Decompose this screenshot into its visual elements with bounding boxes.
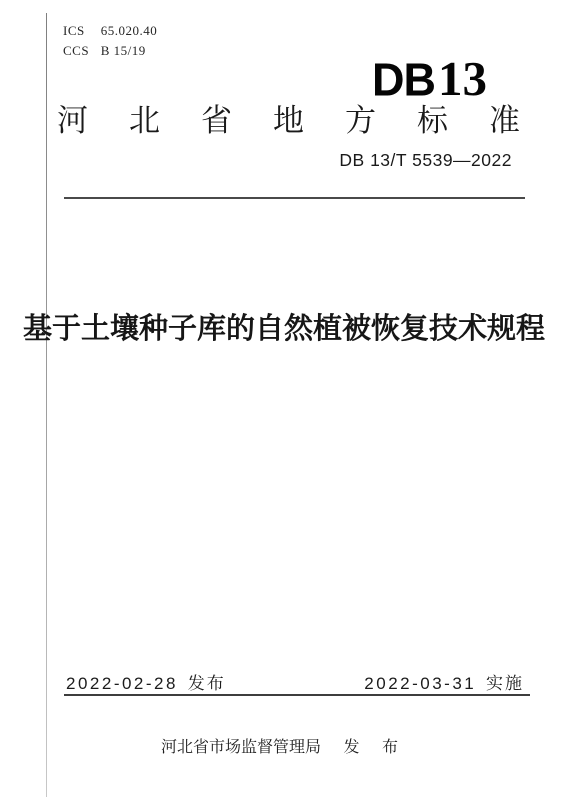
classification-codes: ICS 65.020.40 CCS B 15/19 (63, 21, 157, 61)
ics-code-row: ICS 65.020.40 (63, 21, 157, 41)
standard-title: 基于土壤种子库的自然植被恢复技术规程 (20, 306, 548, 347)
standard-type-heading: 河北省地方标准 (57, 104, 520, 138)
db13-logo: DB13 (372, 54, 487, 103)
ics-value: 65.020.40 (101, 21, 158, 41)
ics-label: ICS (63, 21, 97, 41)
db13-logo-prefix: DB (372, 56, 435, 103)
footer-divider-line (64, 694, 530, 696)
ccs-label: CCS (63, 41, 97, 61)
header-divider-line (64, 197, 525, 199)
ccs-value: B 15/19 (101, 41, 146, 61)
standard-document-number: DB 13/T 5539—2022 (339, 150, 512, 171)
page-edge-scan-line (46, 13, 47, 797)
publish-action-label: 发 布 (344, 739, 407, 756)
publisher-name: 河北省市场监督管理局 (161, 739, 321, 756)
standard-cover-page: ICS 65.020.40 CCS B 15/19 DB13 河北省地方标准 D… (0, 0, 568, 800)
issue-date-item: 2022-02-28 发布 (66, 669, 226, 694)
ccs-code-row: CCS B 15/19 (63, 41, 157, 61)
db13-logo-number: 13 (438, 54, 487, 103)
publisher-row: 河北省市场监督管理局 发 布 (0, 734, 568, 757)
dates-row: 2022-02-28 发布 2022-03-31 实施 (66, 669, 524, 694)
issue-date: 2022-02-28 (66, 674, 178, 693)
implement-date-label: 实施 (486, 674, 524, 693)
issue-date-label: 发布 (188, 674, 226, 693)
implement-date-item: 2022-03-31 实施 (364, 669, 524, 694)
implement-date: 2022-03-31 (364, 674, 476, 693)
